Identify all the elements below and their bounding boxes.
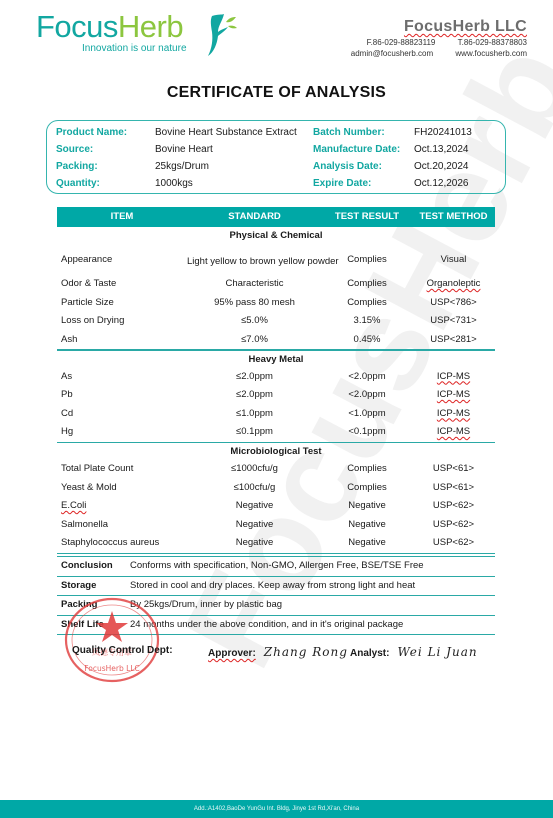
company-website[interactable]: www.focusherb.com	[455, 49, 527, 58]
cell-method: USP<62>	[412, 534, 495, 553]
cell-method-text: USP<62>	[433, 537, 474, 548]
analyst-name: Wei Li Juan	[397, 645, 477, 659]
cell-method: ICP-MS	[412, 368, 495, 387]
cell-result-text: Negative	[348, 519, 386, 530]
cell-result: Complies	[327, 479, 407, 498]
cell-method: ICP-MS	[412, 386, 495, 405]
cell-item-text: Pb	[61, 389, 73, 400]
cell-result-text: Complies	[347, 463, 387, 474]
cell-method: ICP-MS	[412, 423, 495, 442]
cell-item: Total Plate Count	[61, 460, 191, 479]
table-row: AppearanceLight yellow to brown yellow p…	[57, 244, 495, 275]
cell-result: Negative	[327, 497, 407, 516]
cell-result-text: 0.45%	[354, 334, 381, 345]
cell-method: USP<62>	[412, 497, 495, 516]
cell-result: Negative	[327, 516, 407, 535]
cell-item-text: Loss on Drying	[61, 315, 124, 326]
table-section: Heavy MetalAs≤2.0ppm<2.0ppmICP-MSPb≤2.0p…	[57, 351, 495, 444]
cell-standard: 95% pass 80 mesh	[187, 294, 322, 313]
cell-standard-text: ≤7.0%	[241, 334, 268, 345]
cell-method: USP<61>	[412, 479, 495, 498]
section-divider	[57, 553, 495, 555]
cell-method-text: USP<61>	[433, 482, 474, 493]
info-row: Product Name:Bovine Heart Substance Extr…	[47, 124, 505, 141]
company-fax: F.86-029-88823119	[367, 38, 436, 47]
cell-method-text: Organoleptic	[427, 278, 481, 289]
note-value: Stored in cool and dry places. Keep away…	[130, 577, 415, 596]
header-item: ITEM	[57, 207, 187, 227]
cell-result-text: Complies	[347, 297, 387, 308]
cell-standard-text: Negative	[236, 519, 274, 530]
cell-method: Visual	[412, 244, 495, 275]
cell-item: Yeast & Mold	[61, 479, 191, 498]
cell-item-text: Total Plate Count	[61, 463, 133, 474]
cell-standard-text: ≤100cfu/g	[234, 482, 276, 493]
cell-item: Salmonella	[61, 516, 191, 535]
cell-item-text: Salmonella	[61, 519, 108, 530]
header-test-method: TEST METHOD	[412, 207, 495, 227]
cell-result: <2.0ppm	[327, 368, 407, 387]
cell-item-text: Odor & Taste	[61, 278, 116, 289]
table-header: ITEM STANDARD TEST RESULT TEST METHOD	[57, 207, 495, 227]
logo-herb-text: Herb	[118, 9, 183, 44]
cell-result: 3.15%	[327, 312, 407, 331]
note-label: Storage	[61, 577, 96, 596]
cell-result-text: Complies	[347, 482, 387, 493]
info-value: Oct.20,2024	[414, 158, 468, 175]
logo-focus-text: Focus	[36, 9, 118, 44]
cell-method-text: ICP-MS	[437, 371, 470, 382]
footer-address: Add.:A1402,BaoDe YunGu Int. Bldg, Jinye …	[0, 800, 553, 818]
info-value: Bovine Heart	[155, 141, 213, 158]
cell-method: ICP-MS	[412, 405, 495, 424]
info-label: Expire Date:	[313, 175, 371, 192]
section-title: Heavy Metal	[57, 351, 495, 368]
info-row: Packing:25kgs/DrumAnalysis Date:Oct.20,2…	[47, 158, 505, 175]
note-row: StorageStored in cool and dry places. Ke…	[57, 577, 495, 597]
cell-standard-text: ≤2.0ppm	[236, 389, 273, 400]
analyst-signature: Analyst:Wei Li Juan	[350, 645, 478, 659]
table-row: Staphylococcus aureusNegativeNegativeUSP…	[57, 534, 495, 553]
cell-method-text: USP<786>	[430, 297, 476, 308]
note-value: 24 months under the above condition, and…	[130, 616, 403, 635]
cell-item: Particle Size	[61, 294, 191, 313]
cell-result: <0.1ppm	[327, 423, 407, 442]
cell-method-text: USP<61>	[433, 463, 474, 474]
cell-result-text: <0.1ppm	[348, 426, 385, 437]
cell-standard: Negative	[187, 534, 322, 553]
info-label: Product Name:	[56, 124, 127, 141]
cell-standard-text: Negative	[236, 537, 274, 548]
info-label: Source:	[56, 141, 93, 158]
cell-method-text: USP<281>	[430, 334, 476, 345]
table-row: SalmonellaNegativeNegativeUSP<62>	[57, 516, 495, 535]
cell-method: USP<62>	[412, 516, 495, 535]
cell-method-text: ICP-MS	[437, 408, 470, 419]
cell-result-text: Negative	[348, 500, 386, 511]
cell-result-text: Complies	[347, 278, 387, 289]
cell-standard-text: ≤1.0ppm	[236, 408, 273, 419]
table-section: Physical & ChemicalAppearanceLight yello…	[57, 227, 495, 351]
cell-result-text: <2.0ppm	[348, 389, 385, 400]
cell-item: Ash	[61, 331, 191, 350]
cell-standard-text: Negative	[236, 500, 274, 511]
document-title: CERTIFICATE OF ANALYSIS	[0, 84, 553, 102]
company-stamp: 凤德专用章 FocusHerb LLC	[62, 595, 162, 685]
cell-item-text: Appearance	[61, 254, 112, 265]
table-row: Particle Size95% pass 80 meshCompliesUSP…	[57, 294, 495, 313]
table-row: As≤2.0ppm<2.0ppmICP-MS	[57, 368, 495, 387]
cell-result: 0.45%	[327, 331, 407, 350]
table-row: Pb≤2.0ppm<2.0ppmICP-MS	[57, 386, 495, 405]
cell-method-text: USP<62>	[433, 519, 474, 530]
cell-item: Cd	[61, 405, 191, 424]
cell-standard-text: ≤1000cfu/g	[231, 463, 278, 474]
cell-result: Negative	[327, 534, 407, 553]
cell-standard: ≤2.0ppm	[187, 386, 322, 405]
cell-item: Hg	[61, 423, 191, 442]
cell-result: Complies	[327, 294, 407, 313]
company-email[interactable]: admin@focusherb.com	[351, 49, 433, 58]
cell-result-text: Negative	[348, 537, 386, 548]
cell-result: Complies	[327, 460, 407, 479]
cell-method: USP<281>	[412, 331, 495, 350]
company-info: FocusHerb LLC F.86-029-88823119 T.86-029…	[351, 18, 527, 58]
cell-item-text: Particle Size	[61, 297, 114, 308]
cell-standard: Negative	[187, 497, 322, 516]
cell-method-text: ICP-MS	[437, 389, 470, 400]
cell-method: Organoleptic	[412, 275, 495, 294]
cell-item-text: E.Coli	[61, 500, 86, 511]
section-title: Physical & Chemical	[57, 227, 495, 244]
qc-dept-label: Quality Control Dept:	[72, 645, 173, 656]
cell-method: USP<731>	[412, 312, 495, 331]
cell-standard-text: Characteristic	[225, 278, 283, 289]
cell-result: <2.0ppm	[327, 386, 407, 405]
analyst-label: Analyst:	[350, 648, 389, 659]
logo-tagline: Innovation is our nature	[82, 43, 187, 54]
cell-standard: ≤0.1ppm	[187, 423, 322, 442]
cell-standard-text: ≤5.0%	[241, 315, 268, 326]
info-label: Batch Number:	[313, 124, 385, 141]
cell-item-text: Hg	[61, 426, 73, 437]
note-value: Conforms with specification, Non-GMO, Al…	[130, 557, 424, 576]
cell-item: E.Coli	[61, 497, 191, 516]
info-label: Quantity:	[56, 175, 100, 192]
cell-result-text: 3.15%	[354, 315, 381, 326]
info-row: Quantity:1000kgsExpire Date:Oct.12,2026	[47, 175, 505, 192]
cell-item-text: As	[61, 371, 72, 382]
info-label: Packing:	[56, 158, 98, 175]
cell-standard: Characteristic	[187, 275, 322, 294]
section-title: Microbiological Test	[57, 443, 495, 460]
info-value: FH20241013	[414, 124, 472, 141]
cell-standard-text: Light yellow to brown yellow powder	[187, 256, 339, 267]
company-name: FocusHerb LLC	[404, 18, 527, 35]
header-test-result: TEST RESULT	[327, 207, 407, 227]
cell-result-text: Complies	[347, 254, 387, 265]
cell-standard: ≤2.0ppm	[187, 368, 322, 387]
table-row: Odor & TasteCharacteristicCompliesOrgano…	[57, 275, 495, 294]
cell-item: Pb	[61, 386, 191, 405]
cell-item-text: Ash	[61, 334, 77, 345]
cell-item-text: Cd	[61, 408, 73, 419]
cell-item: Appearance	[61, 244, 191, 275]
cell-standard-text: 95% pass 80 mesh	[214, 297, 295, 308]
note-label: Conclusion	[61, 557, 113, 576]
company-logo: FocusHerb Innovation is our nature	[36, 10, 236, 62]
table-section: Microbiological TestTotal Plate Count≤10…	[57, 443, 495, 554]
cell-standard: Negative	[187, 516, 322, 535]
cell-item: Staphylococcus aureus	[61, 534, 191, 553]
cell-standard: ≤1.0ppm	[187, 405, 322, 424]
cell-item: Loss on Drying	[61, 312, 191, 331]
note-row: ConclusionConforms with specification, N…	[57, 556, 495, 577]
table-row: Yeast & Mold≤100cfu/gCompliesUSP<61>	[57, 479, 495, 498]
table-row: Hg≤0.1ppm<0.1ppmICP-MS	[57, 423, 495, 442]
cell-method: USP<786>	[412, 294, 495, 313]
analysis-table: ITEM STANDARD TEST RESULT TEST METHOD Ph…	[57, 207, 495, 554]
cell-result-text: <1.0ppm	[348, 408, 385, 419]
cell-standard-text: ≤0.1ppm	[236, 426, 273, 437]
product-info-box: Product Name:Bovine Heart Substance Extr…	[46, 120, 506, 194]
cell-result: Complies	[327, 244, 407, 275]
table-row: Cd≤1.0ppm<1.0ppmICP-MS	[57, 405, 495, 424]
cell-item: Odor & Taste	[61, 275, 191, 294]
info-value: 25kgs/Drum	[155, 158, 209, 175]
cell-item-text: Staphylococcus aureus	[61, 537, 159, 548]
table-row: Ash≤7.0%0.45%USP<281>	[57, 331, 495, 350]
cell-method: USP<61>	[412, 460, 495, 479]
table-row: E.ColiNegativeNegativeUSP<62>	[57, 497, 495, 516]
info-value: 1000kgs	[155, 175, 193, 192]
company-tel: T.86-029-88378803	[458, 38, 527, 47]
cell-standard: ≤100cfu/g	[187, 479, 322, 498]
info-value: Oct.12,2026	[414, 175, 468, 192]
cell-item-text: Yeast & Mold	[61, 482, 117, 493]
cell-method-text: USP<62>	[433, 500, 474, 511]
info-value: Bovine Heart Substance Extract	[155, 124, 297, 141]
cell-result-text: <2.0ppm	[348, 371, 385, 382]
cell-standard: ≤7.0%	[187, 331, 322, 350]
approver-label: Approver:	[208, 648, 256, 659]
table-row: Total Plate Count≤1000cfu/gCompliesUSP<6…	[57, 460, 495, 479]
cell-standard: ≤1000cfu/g	[187, 460, 322, 479]
cell-result: Complies	[327, 275, 407, 294]
cell-result: <1.0ppm	[327, 405, 407, 424]
info-label: Analysis Date:	[313, 158, 382, 175]
cell-standard-text: ≤2.0ppm	[236, 371, 273, 382]
info-label: Manufacture Date:	[313, 141, 400, 158]
table-row: Loss on Drying≤5.0%3.15%USP<731>	[57, 312, 495, 331]
cell-method-text: ICP-MS	[437, 426, 470, 437]
cell-method-text: USP<731>	[430, 315, 476, 326]
cell-item: As	[61, 368, 191, 387]
approver-signature: Approver:Zhang Rong	[208, 645, 348, 659]
approver-name: Zhang Rong	[264, 645, 348, 659]
info-row: Source:Bovine HeartManufacture Date:Oct.…	[47, 141, 505, 158]
cell-method-text: Visual	[441, 254, 467, 265]
stamp-text: FocusHerb LLC	[84, 664, 140, 673]
cell-standard: ≤5.0%	[187, 312, 322, 331]
leaf-figure-icon	[206, 12, 238, 58]
cell-standard: Light yellow to brown yellow powder	[187, 246, 322, 277]
header-standard: STANDARD	[187, 207, 322, 227]
info-value: Oct.13,2024	[414, 141, 468, 158]
